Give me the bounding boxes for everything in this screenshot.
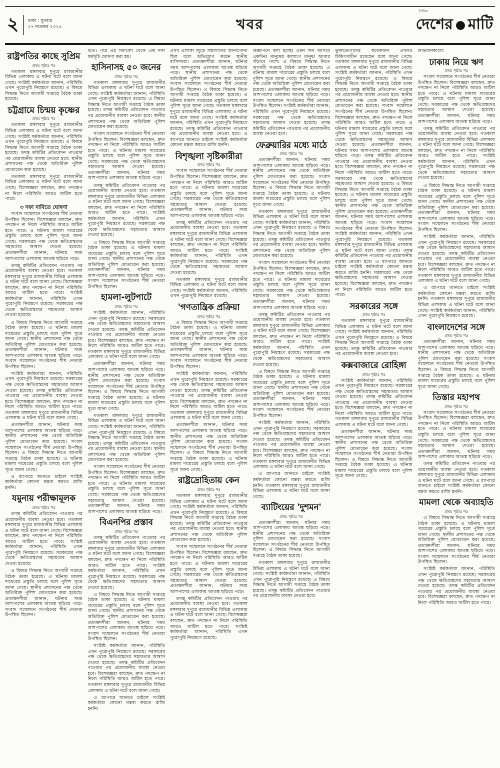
story-headline: 'গণতান্ত্রিক প্রক্রিয়া: [170, 303, 248, 313]
continued-from-front-kicker: প্রথম পৃষ্ঠার পর: [418, 68, 496, 73]
body-paragraph: এ বিষয়ে সিদ্ধান্ত নিতে আগামী সপ্তাহে বৈ…: [5, 569, 83, 619]
masthead-word-1: দেশের: [416, 13, 453, 38]
body-paragraph: এ বিষয়ে সিদ্ধান্ত নিতে আগামী সপ্তাহে বৈ…: [5, 321, 83, 371]
body-paragraph: এ বিষয়ে সিদ্ধান্ত নিতে আগামী সপ্তাহে বৈ…: [88, 593, 166, 643]
continued-from-front-kicker: প্রথম পৃষ্ঠার পর: [335, 312, 413, 317]
story-headline: ঢাকায় নিয়ে ঋণ: [418, 58, 496, 68]
body-paragraph: তদন্ত কমিটির প্রতিবেদন পাওয়ার পর প্রয়ো…: [5, 264, 83, 319]
body-paragraph: গতকাল মঙ্গলবার দুপুরে রাজধানীর বিভিন্ন এ…: [5, 175, 83, 203]
story-headline: বাংলাদেশের সঙ্গে: [418, 323, 496, 333]
body-paragraph: গতকাল মঙ্গলবার দুপুরে রাজধানীর বিভিন্ন এ…: [5, 70, 83, 103]
continuation-text: মতে। পরে এই সমাবেশ থেকে এক দফা কর্মসূচি …: [88, 49, 166, 60]
continued-from-front-kicker: প্রথম পৃষ্ঠার পর: [88, 304, 166, 309]
section-title: খবর: [236, 13, 264, 37]
continued-from-front-kicker: প্রথম পৃষ্ঠার পর: [88, 74, 166, 79]
body-paragraph: এ ব্যাপারে জানতে চাইলে সংশ্লিষ্ট কর্মকর্…: [253, 472, 331, 500]
body-paragraph: গতকাল মঙ্গলবার দুপুরে রাজধানীর বিভিন্ন এ…: [88, 81, 166, 131]
body-paragraph: এ বিষয়ে সিদ্ধান্ত নিতে আগামী সপ্তাহে বৈ…: [418, 516, 496, 566]
body-paragraph: তদন্ত কমিটির প্রতিবেদন পাওয়ার পর প্রয়ো…: [418, 127, 496, 182]
page-number: ২: [7, 16, 19, 34]
dateline: ঢাকা : বুধবার ২৭ নভেম্বর ২০২৪: [28, 19, 62, 32]
masthead: দৈনিক দেশের মাটি: [416, 13, 493, 38]
body-paragraph: তদন্ত কমিটির প্রতিবেদন পাওয়ার পর প্রয়ো…: [88, 184, 166, 239]
newspaper-page: ২ ঢাকা : বুধবার ২৭ নভেম্বর ২০২৪ খবর দৈনি…: [0, 0, 500, 768]
body-paragraph: সংশ্লিষ্ট কর্মকর্তারা জানান, পরিস্থিতি এ…: [335, 379, 413, 429]
body-paragraph: প্রত্যক্ষদর্শীরা জানান, ঘটনার সময় আশপাশ…: [170, 423, 248, 473]
body-paragraph: সংবাদ সম্মেলনে সংগঠনের শীর্ষ নেতারা উপস্…: [5, 212, 83, 262]
continued-from-front-kicker: প্রথম পৃষ্ঠার পর: [418, 509, 496, 514]
body-paragraph: এ ব্যাপারে জানতে চাইলে সংশ্লিষ্ট কর্মকর্…: [418, 286, 496, 319]
body-paragraph: প্রত্যক্ষদর্শীরা জানান, ঘটনার সময় আশপাশ…: [88, 362, 166, 412]
body-paragraph: প্রত্যক্ষদর্শীরা জানান, ঘটনার সময় আশপাশ…: [5, 423, 83, 473]
continued-from-front-kicker: প্রথম পৃষ্ঠার পর: [88, 529, 166, 534]
body-paragraph: তদন্ত কমিটির প্রতিবেদন পাওয়ার পর প্রয়ো…: [5, 512, 83, 567]
continuation-text: ভুক্তভোগীদের কয়েকজন এখনও চিকিৎসাধীন রয়…: [335, 49, 413, 299]
body-paragraph: এ বিষয়ে সিদ্ধান্ত নিতে আগামী সপ্তাহে বৈ…: [253, 370, 331, 420]
body-paragraph: সংশ্লিষ্ট কর্মকর্তারা জানান, পরিস্থিতি এ…: [253, 421, 331, 471]
body-paragraph: তদন্ত কমিটির প্রতিবেদন পাওয়ার পর প্রয়ো…: [170, 597, 248, 641]
story-headline: চট্টগ্রামে চিন্ময় কৃষ্ণের: [5, 106, 83, 116]
news-column-3: এসব এলাকা জুড়ে সন্ত্রাসীদের আনাগোনা ছিল…: [170, 49, 248, 765]
story-headline: ফেব্রুয়ারির মধ্যে মাঠে: [253, 141, 331, 151]
continued-from-front-kicker: প্রথম পৃষ্ঠার পর: [253, 514, 331, 519]
body-paragraph: সংবাদ সম্মেলনে সংগঠনের শীর্ষ নেতারা উপস্…: [253, 261, 331, 311]
body-paragraph: সংবাদ সম্মেলনে সংগঠনের শীর্ষ নেতারা উপস্…: [418, 411, 496, 461]
body-paragraph: গতকাল মঙ্গলবার দুপুরে রাজধানীর বিভিন্ন এ…: [170, 494, 248, 544]
body-paragraph: তদন্ত কমিটির প্রতিবেদন পাওয়ার পর প্রয়ো…: [170, 221, 248, 276]
body-paragraph: সংশ্লিষ্ট কর্মকর্তারা জানান, পরিস্থিতি এ…: [418, 567, 496, 606]
story-headline: ব্যাটিংয়ের 'দুশমন': [253, 503, 331, 513]
news-column-2: মতে। পরে এই সমাবেশ থেকে এক দফা কর্মসূচি …: [88, 49, 166, 765]
story-headline: রাষ্ট্রপতির কাছে সুপ্রিম: [5, 52, 83, 62]
masthead-kicker: দৈনিক: [419, 9, 428, 15]
body-paragraph: এ বিষয়ে সিদ্ধান্ত নিতে আগামী সপ্তাহে বৈ…: [170, 321, 248, 371]
body-paragraph: প্রত্যক্ষদর্শীরা জানান, ঘটনার সময় আশপাশ…: [335, 430, 413, 480]
continued-from-front-kicker: প্রথম পৃষ্ঠার পর: [418, 333, 496, 338]
body-paragraph: এ বিষয়ে সিদ্ধান্ত নিতে আগামী সপ্তাহে বৈ…: [418, 184, 496, 234]
continued-from-front-kicker: প্রথম পৃষ্ঠার পর: [170, 314, 248, 319]
body-paragraph: সংবাদ সম্মেলনে সংগঠনের শীর্ষ নেতারা উপস্…: [170, 169, 248, 219]
news-column-1: রাষ্ট্রপতির কাছে সুপ্রিমপ্রথম পৃষ্ঠার পর…: [5, 49, 83, 765]
body-paragraph: সংশ্লিষ্ট কর্মকর্তারা জানান, পরিস্থিতি এ…: [88, 311, 166, 361]
body-paragraph: তদন্ত কমিটির প্রতিবেদন পাওয়ার পর প্রয়ো…: [418, 462, 496, 495]
body-paragraph: সংশ্লিষ্ট কর্মকর্তারা জানান, পরিস্থিতি এ…: [170, 372, 248, 422]
body-paragraph: গতকাল মঙ্গলবার দুপুরে রাজধানীর বিভিন্ন এ…: [253, 561, 331, 600]
continuation-text: এসব এলাকা জুড়ে সন্ত্রাসীদের আনাগোনা ছিল…: [170, 49, 248, 149]
body-paragraph: সংবাদ সম্মেলনে সংগঠনের শীর্ষ নেতারা উপস্…: [88, 132, 166, 182]
page-header: ২ ঢাকা : বুধবার ২৭ নভেম্বর ২০২৪ খবর দৈনি…: [5, 7, 495, 43]
continued-from-front-kicker: প্রথম পৃষ্ঠার পর: [5, 505, 83, 510]
news-column-4: বিজ্ঞাপনে বলা হচ্ছে/ এমন দিন আসবে একদিন/…: [253, 49, 331, 765]
continued-from-front-kicker: প্রথম পৃষ্ঠার পর: [335, 372, 413, 377]
folio-block: ২ ঢাকা : বুধবার ২৭ নভেম্বর ২০২৪: [7, 15, 62, 35]
body-paragraph: এ ব্যাপারে জানতে চাইলে সংশ্লিষ্ট কর্মকর্…: [5, 475, 83, 492]
body-paragraph: সংশ্লিষ্ট কর্মকর্তারা জানান, পরিস্থিতি এ…: [418, 235, 496, 285]
story-headline: তিস্তার মহাপথ: [418, 393, 496, 403]
folio-divider: [23, 15, 24, 35]
header-rule: [5, 43, 495, 45]
body-paragraph: গতকাল মঙ্গলবার দুপুরে রাজধানীর বিভিন্ন এ…: [88, 414, 166, 464]
news-columns: রাষ্ট্রপতির কাছে সুপ্রিমপ্রথম পৃষ্ঠার পর…: [5, 49, 495, 765]
crosshead: ৩ দফা দাবিতে ঘোষণা: [5, 205, 83, 212]
news-column-5: ভুক্তভোগীদের কয়েকজন এখনও চিকিৎসাধীন রয়…: [335, 49, 413, 765]
dateline-date: ২৭ নভেম্বর ২০২৪: [28, 25, 62, 31]
body-paragraph: তদন্ত কমিটির প্রতিবেদন পাওয়ার পর প্রয়ো…: [253, 313, 331, 368]
story-headline: মামলা থেকে অব্যাহতি: [418, 498, 496, 508]
story-headline: হামলা-লুটপাটে: [88, 293, 166, 303]
continued-from-front-kicker: প্রথম পৃষ্ঠার পর: [5, 63, 83, 68]
news-column-6: অভিযানকালে:ঢাকায় নিয়ে ঋণপ্রথম পৃষ্ঠার …: [418, 49, 496, 765]
continuation-text: বিজ্ঞাপনে বলা হচ্ছে/ এমন দিন আসবে একদিন/…: [253, 49, 331, 138]
continued-from-front-kicker: প্রথম পৃষ্ঠার পর: [170, 487, 248, 492]
body-paragraph: প্রত্যক্ষদর্শীরা জানান, ঘটনার সময় আশপাশ…: [418, 340, 496, 390]
story-headline: সরকারের সঙ্গে: [335, 302, 413, 312]
story-headline: রাষ্ট্রদ্রোহিতায় কেন: [170, 476, 248, 486]
body-paragraph: গতকাল মঙ্গলবার দুপুরে রাজধানীর বিভিন্ন এ…: [335, 319, 413, 358]
masthead-word-2: মাটি: [468, 13, 493, 38]
body-paragraph: সংবাদ সম্মেলনে সংগঠনের শীর্ষ নেতারা উপস্…: [418, 75, 496, 125]
body-paragraph: এ বিষয়ে সিদ্ধান্ত নিতে আগামী সপ্তাহে বৈ…: [88, 241, 166, 291]
body-paragraph: সংবাদ সম্মেলনে সংগঠনের শীর্ষ নেতারা উপস্…: [170, 545, 248, 595]
body-paragraph: এ ব্যাপারে জানতে চাইলে সংশ্লিষ্ট কর্মকর্…: [88, 696, 166, 713]
continued-from-front-kicker: প্রথম পৃষ্ঠার পর: [418, 404, 496, 409]
continuation-text: অভিযানকালে:: [418, 49, 496, 55]
continued-from-front-kicker: প্রথম পৃষ্ঠার পর: [5, 116, 83, 121]
masthead-logo-dot-icon: [456, 21, 465, 30]
body-paragraph: গতকাল মঙ্গলবার দুপুরে রাজধানীর বিভিন্ন এ…: [253, 210, 331, 260]
body-paragraph: গতকাল মঙ্গলবার দুপুরে রাজধানীর বিভিন্ন এ…: [5, 123, 83, 173]
body-paragraph: প্রত্যক্ষদর্শীরা জানান, ঘটনার সময় আশপাশ…: [253, 521, 331, 560]
body-paragraph: সংশ্লিষ্ট কর্মকর্তারা জানান, পরিস্থিতি এ…: [5, 372, 83, 422]
story-headline: বিশৃঙ্খলা সৃষ্টিকারীরা: [170, 152, 248, 162]
body-paragraph: তদন্ত কমিটির প্রতিবেদন পাওয়ার পর প্রয়ো…: [88, 536, 166, 591]
body-paragraph: সংবাদ সম্মেলনে সংগঠনের শীর্ষ নেতারা উপস্…: [88, 465, 166, 515]
body-paragraph: সংশ্লিষ্ট কর্মকর্তারা জানান, পরিস্থিতি এ…: [88, 644, 166, 694]
story-headline: যমুনায় পরীক্ষামূলক: [5, 494, 83, 504]
continued-from-front-kicker: প্রথম পৃষ্ঠার পর: [170, 162, 248, 167]
story-headline: হাসিনাসহ ৫০ জনের: [88, 63, 166, 73]
body-paragraph: প্রত্যক্ষদর্শীরা জানান, ঘটনার সময় আশপাশ…: [253, 158, 331, 208]
continued-from-front-kicker: প্রথম পৃষ্ঠার পর: [253, 151, 331, 156]
story-headline: বিএনপির প্রস্তাব: [88, 518, 166, 528]
story-headline: কক্সবাজারে রোহিঙ্গা: [335, 361, 413, 371]
body-paragraph: গতকাল মঙ্গলবার দুপুরে রাজধানীর বিভিন্ন এ…: [170, 278, 248, 300]
